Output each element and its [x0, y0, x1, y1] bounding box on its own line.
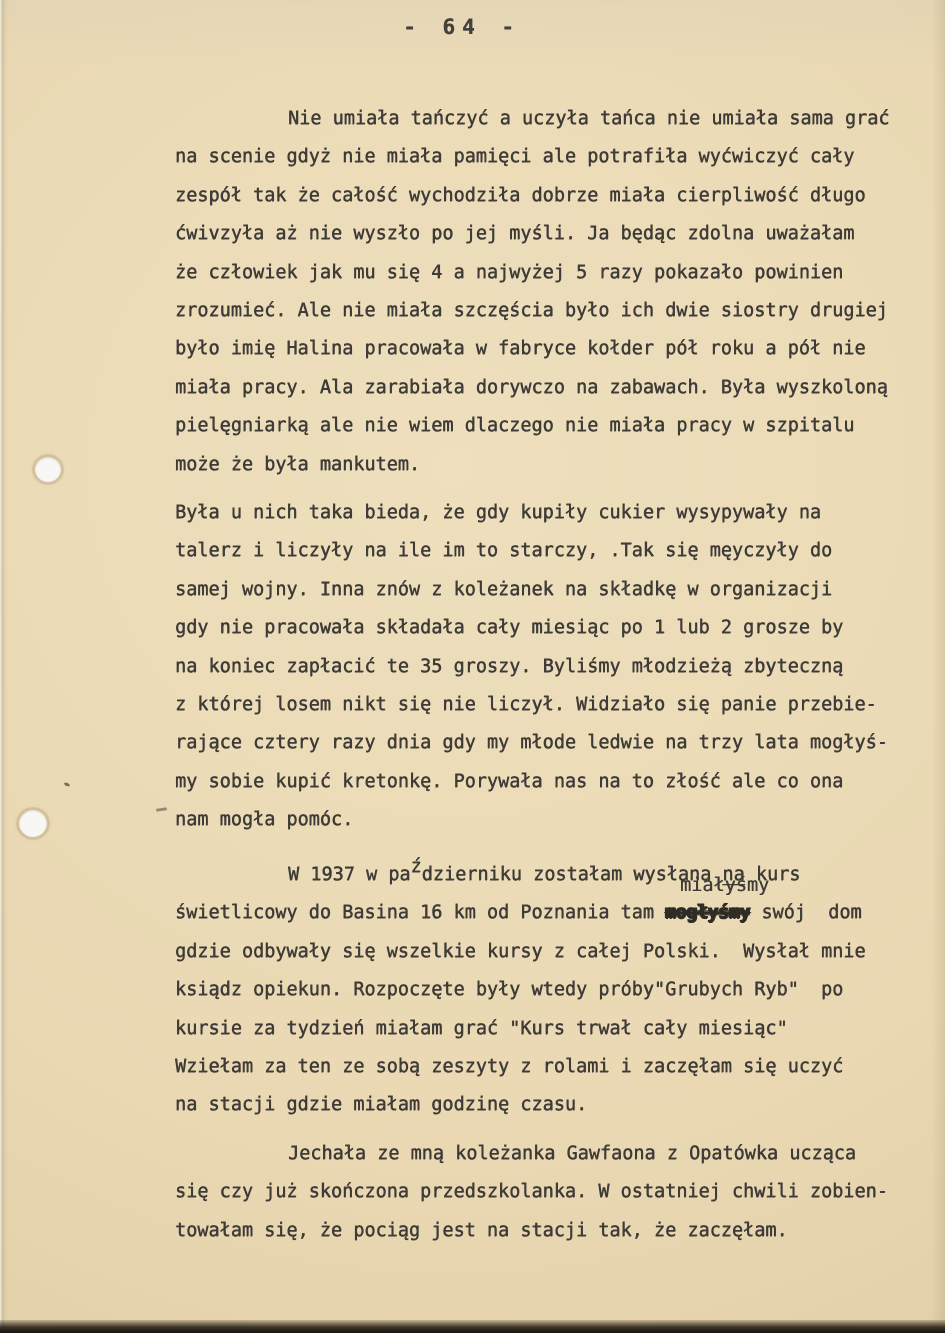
scan-bottom-edge — [0, 1320, 945, 1333]
text-line: ćwivzyła aż nie wyszło po jej myśli. Ja … — [175, 215, 920, 253]
text-line: samej wojny. Inna znów z koleżanek na sk… — [175, 571, 920, 609]
hole-punch-top — [35, 457, 61, 482]
text-line: zespół tak że całość wychodziła dobrze m… — [175, 177, 920, 215]
typed-text: gdy nie pracowała składała cały miesiąc … — [175, 617, 843, 638]
scan-left-edge — [0, 0, 5, 1333]
typed-text: Wziełam za ten ze sobą zeszyty z rolami … — [175, 1056, 843, 1077]
text-line: Jechała ze mną koleżanka Gawfaona z Opat… — [175, 1135, 920, 1173]
text-line: że człowiek jak mu się 4 a najwyżej 5 ra… — [175, 254, 920, 292]
typed-text: że człowiek jak mu się 4 a najwyżej 5 ra… — [175, 262, 843, 283]
typed-text: W 1937 w pa — [288, 864, 411, 885]
page-number: - 64 - — [0, 15, 924, 39]
paragraph: Była u nich taka bieda, że gdy kupiły cu… — [175, 494, 920, 840]
typed-text: Była u nich taka bieda, że gdy kupiły cu… — [175, 502, 821, 523]
typed-text: Jechała ze mną koleżanka Gawfaona z Opat… — [288, 1143, 856, 1164]
typed-text: rające cztery razy dnia gdy my młode led… — [175, 732, 888, 753]
text-line: było imię Halina pracowała w fabryce koł… — [175, 330, 920, 368]
ink-fleck — [64, 782, 71, 787]
text-line: kursie za tydzień miałam grać "Kurs trwa… — [175, 1010, 920, 1048]
text-line: talerz i liczyły na ile im to starczy, .… — [175, 532, 920, 570]
typed-text: na stacji gdzie miałam godzinę czasu. — [175, 1094, 587, 1115]
text-line: rające cztery razy dnia gdy my młode led… — [175, 724, 920, 762]
typed-text: świetlicowy do Basina 16 km od Poznania … — [175, 902, 665, 923]
typed-text: towałam się, że pociąg jest na stacji ta… — [175, 1220, 788, 1241]
text-line: gdy nie pracowała składała cały miesiąc … — [175, 609, 920, 647]
text-line: Nie umiała tańczyć a uczyła tańca nie um… — [175, 100, 920, 138]
text-line: towałam się, że pociąg jest na stacji ta… — [175, 1212, 920, 1250]
text-line: nam mogła pomóc. — [175, 801, 920, 839]
typed-correction-above-line: miałyśmy — [680, 876, 769, 896]
typed-strike-text: mogłyśmy — [665, 902, 750, 923]
text-line: W 1937 w październiku zostałam wysłana n… — [175, 856, 920, 894]
text-line: miała pracy. Ala zarabiała dorywczo na z… — [175, 369, 920, 407]
text-line: Wziełam za ten ze sobą zeszyty z rolami … — [175, 1048, 920, 1086]
text-line: ksiądz opiekun. Rozpoczęte były wtedy pr… — [175, 971, 920, 1009]
typed-text: dzierniku zostałam wysłana — [422, 864, 723, 885]
hole-punch-bottom — [19, 810, 47, 837]
paragraph: Nie umiała tańczyć a uczyła tańca nie um… — [175, 100, 920, 484]
text-line: Była u nich taka bieda, że gdy kupiły cu… — [175, 494, 920, 532]
typed-text: się czy już skończona przedszkolanka. W … — [175, 1181, 888, 1202]
text-line: my sobie kupić kretonkę. Porywała nas na… — [175, 763, 920, 801]
typed-text: my sobie kupić kretonkę. Porywała nas na… — [175, 771, 843, 792]
typed-text: ksiądz opiekun. Rozpoczęte były wtedy pr… — [175, 979, 843, 1000]
typed-text: miała pracy. Ala zarabiała dorywczo na z… — [175, 377, 888, 398]
text-line: może że była mankutem. — [175, 446, 920, 484]
typed-text: ćwivzyła aż nie wyszło po jej myśli. Ja … — [175, 223, 854, 244]
paragraph: Jechała ze mną koleżanka Gawfaona z Opat… — [175, 1135, 920, 1250]
typed-text: gdzie odbywały się wszelkie kursy z całe… — [175, 941, 866, 962]
typed-text: pielęgniarką ale nie wiem dlaczego nie m… — [175, 415, 854, 436]
text-line: świetlicowy do Basina 16 km od Poznania … — [175, 894, 920, 932]
typed-text: zespół tak że całość wychodziła dobrze m… — [175, 185, 866, 206]
text-line: na scenie gdyż nie miała pamięci ale pot… — [175, 138, 920, 176]
text-line: na koniec zapłacić te 35 groszy. Byliśmy… — [175, 648, 920, 686]
typed-text: swój dom — [750, 902, 861, 923]
typed-text: talerz i liczyły na ile im to starczy, .… — [175, 540, 832, 561]
typed-text: na koniec zapłacić te 35 groszy. Byliśmy… — [175, 656, 843, 677]
typed-text: zrozumieć. Ale nie miała szczęścia było … — [175, 300, 888, 321]
typed-text: Nie umiała tańczyć a uczyła tańca nie um… — [288, 108, 889, 129]
typed-text: może że była mankutem. — [175, 454, 420, 475]
typed-text: było imię Halina pracowała w fabryce koł… — [175, 338, 866, 359]
text-line: z której losem nikt się nie liczył. Widz… — [175, 686, 920, 724]
stray-pencil-mark — [156, 807, 167, 812]
text-line: gdzie odbywały się wszelkie kursy z całe… — [175, 933, 920, 971]
document-page: - 64 - Nie umiała tańczyć a uczyła tańca… — [0, 0, 945, 1333]
typed-text: kursie za tydzień miałam grać "Kurs trwa… — [175, 1018, 788, 1039]
typed-sup-text: ź — [411, 856, 422, 877]
paragraph: W 1937 w październiku zostałam wysłana n… — [175, 856, 920, 1125]
typed-text: samej wojny. Inna znów z koleżanek na sk… — [175, 579, 832, 600]
text-line: na stacji gdzie miałam godzinę czasu. — [175, 1086, 920, 1124]
text-line: zrozumieć. Ale nie miała szczęścia było … — [175, 292, 920, 330]
typed-text: na scenie gdyż nie miała pamięci ale pot… — [175, 146, 854, 167]
typed-text: z której losem nikt się nie liczył. Widz… — [175, 694, 877, 715]
typed-text: nam mogła pomóc. — [175, 809, 353, 830]
text-line: pielęgniarką ale nie wiem dlaczego nie m… — [175, 407, 920, 445]
text-line: się czy już skończona przedszkolanka. W … — [175, 1173, 920, 1211]
